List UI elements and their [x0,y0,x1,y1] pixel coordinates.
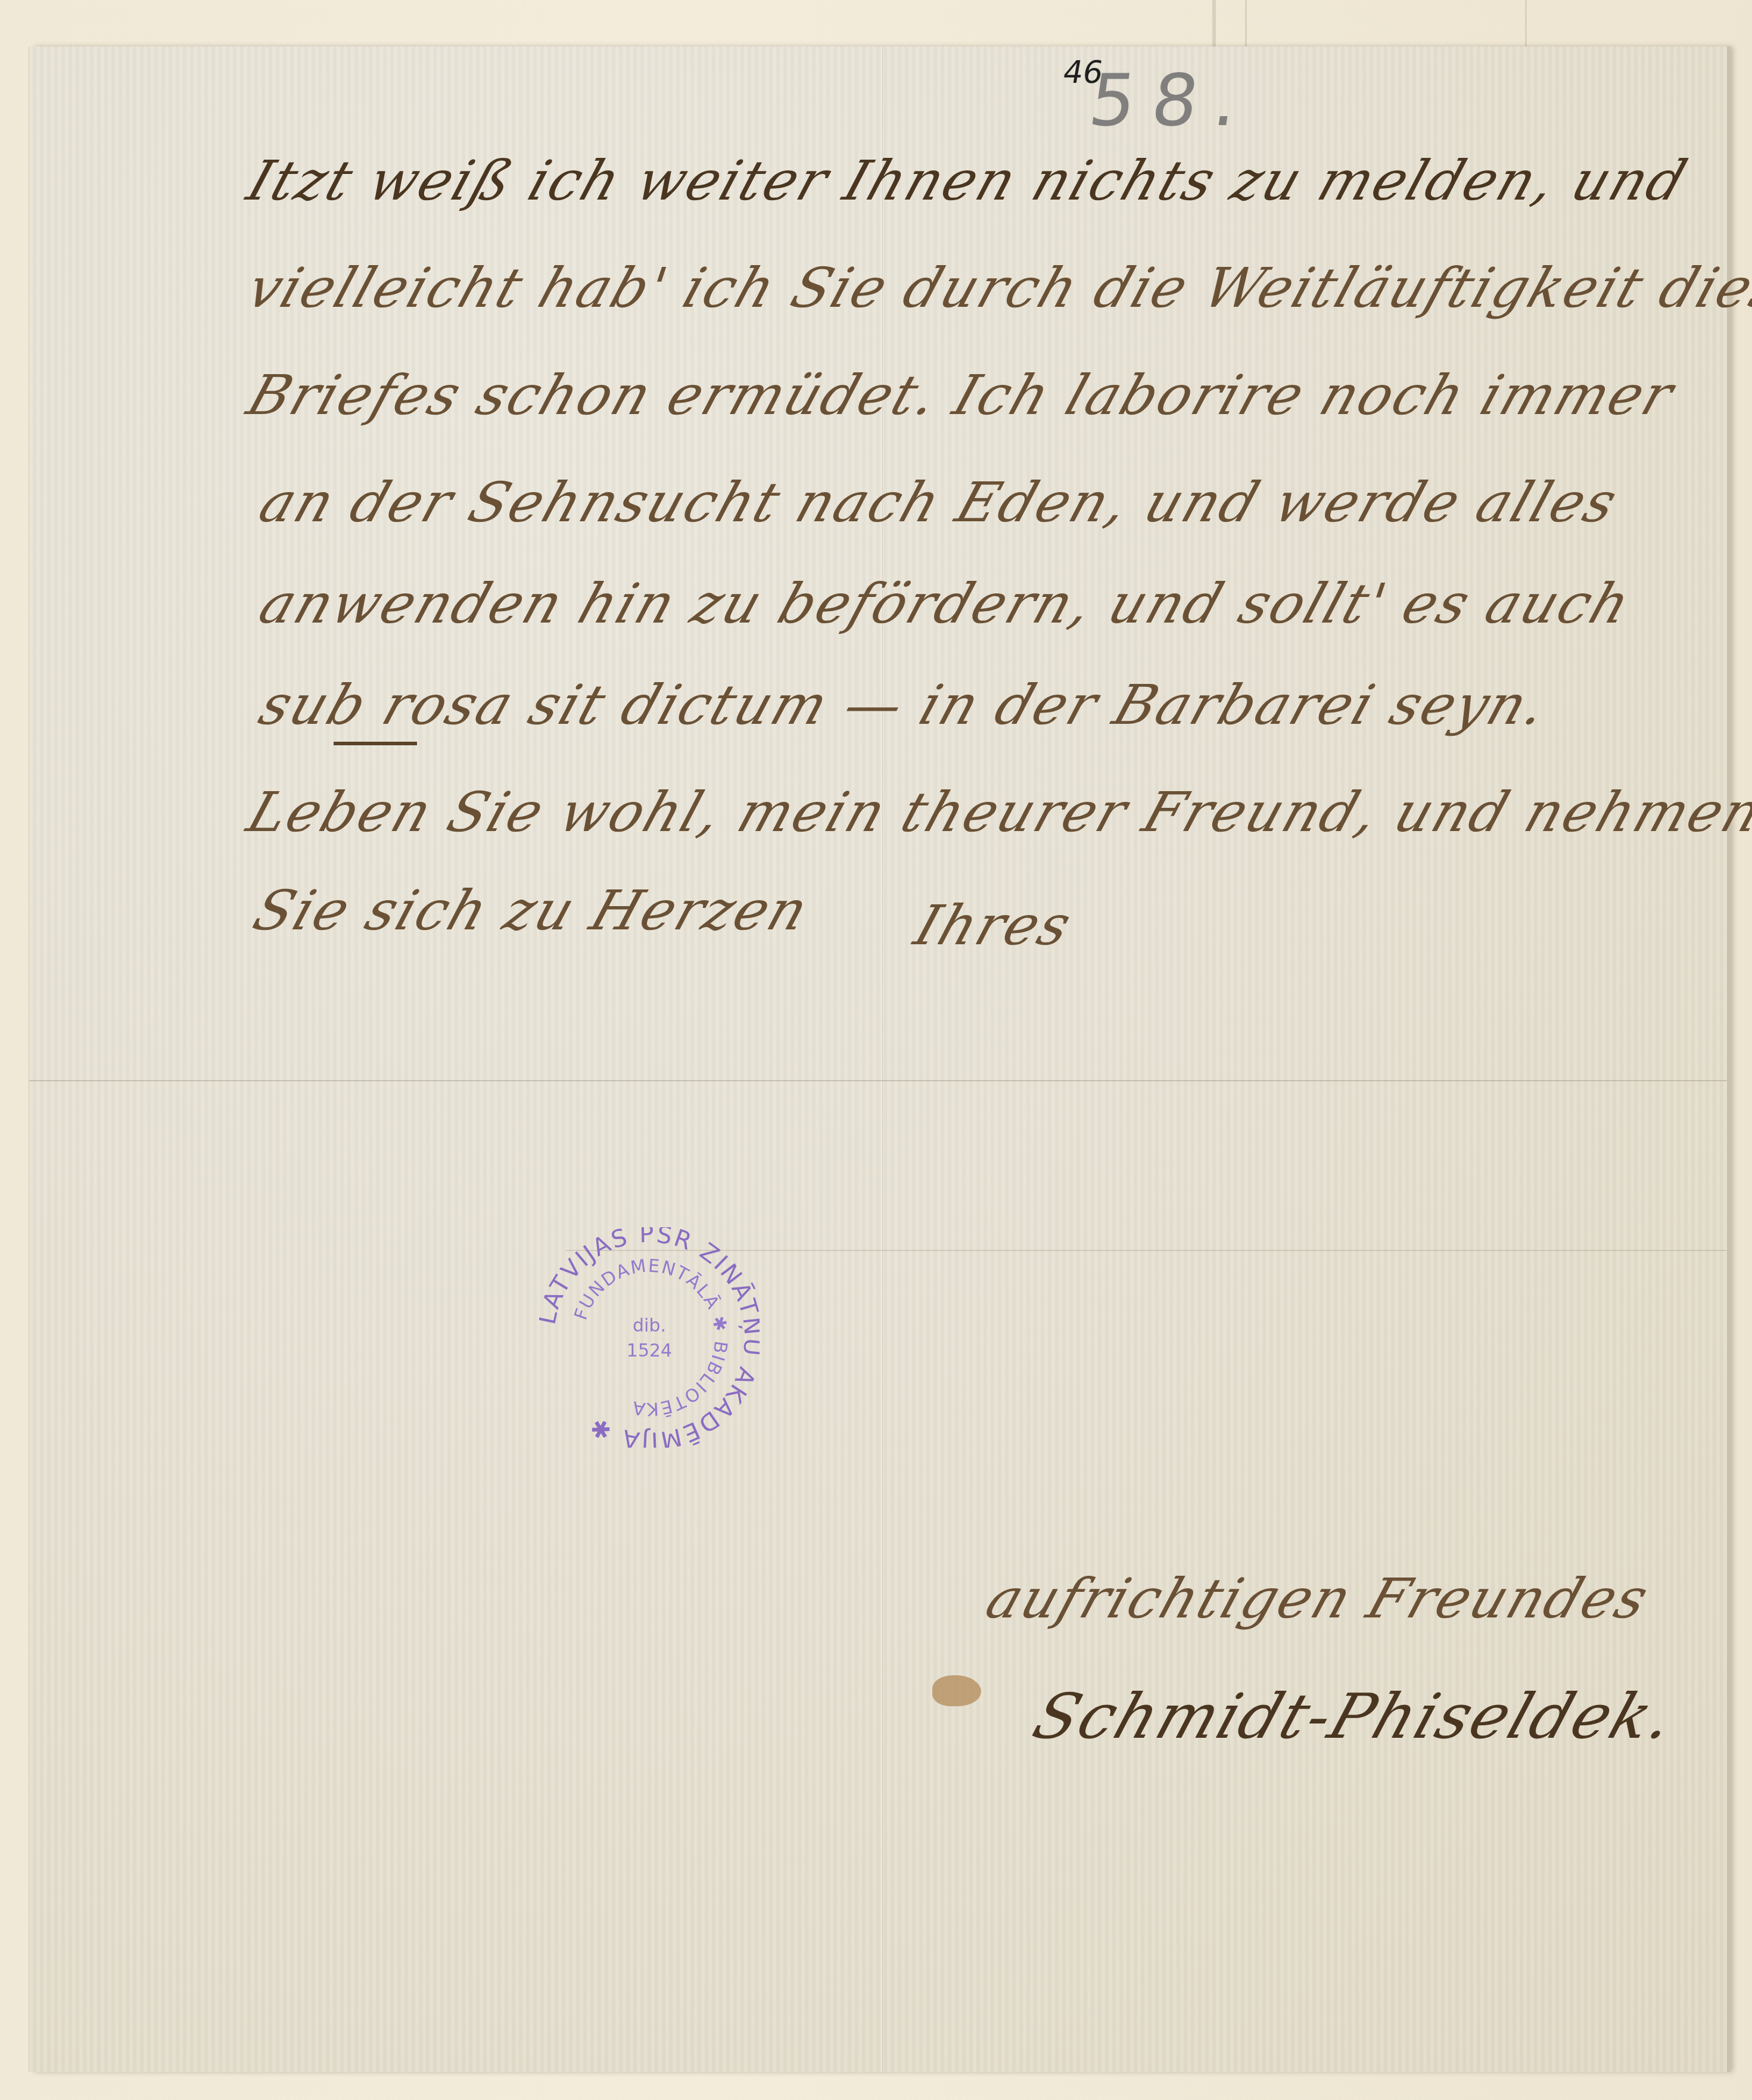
underline-mark [334,742,417,745]
stamp-ring-icon: LATVIJAS PSR ZINĀTŅU AKADĒMIJA ✱ FUNDAME… [539,1227,760,1448]
stamp-center-label: dib. [539,1315,760,1336]
svg-text:FUNDAMENTĀLĀ ✱ BIBLIOTĒKA: FUNDAMENTĀLĀ ✱ BIBLIOTĒKA [571,1255,732,1419]
stamp-center-number: 1524 [539,1340,760,1361]
letter-line-1: Itzt weiß ich weiter Ihnen nichts zu mel… [240,149,1696,213]
folio-number-pencil: 58. [1084,60,1259,142]
bleed-through-text [29,46,1727,2072]
signature-closing: aufrichtigen Freundes [979,1567,1658,1631]
ink-stain [932,1675,981,1706]
letter-leaf [29,46,1727,2072]
letter-line-3: Briefes schon ermüdet. Ich laborire noch… [240,363,1683,427]
letter-line-6: sub rosa sit dictum — in der Barbarei se… [252,673,1557,737]
closing-word: Ihres [907,894,1081,957]
letter-line-4: an der Sehnsucht nach Eden, und werde al… [252,471,1626,534]
letter-line-2: vielleicht hab' ich Sie durch die Weitlä… [240,256,1752,320]
library-stamp: LATVIJAS PSR ZINĀTŅU AKADĒMIJA ✱ FUNDAME… [539,1227,760,1448]
letter-line-8: Sie sich zu Herzen [246,879,817,942]
letter-line-5: anwenden hin zu befördern, und sollt' es… [252,572,1639,636]
signature-name: Schmidt-Phiseldek. [1025,1680,1685,1753]
letter-line-7: Leben Sie wohl, mein theurer Freund, und… [240,780,1752,844]
